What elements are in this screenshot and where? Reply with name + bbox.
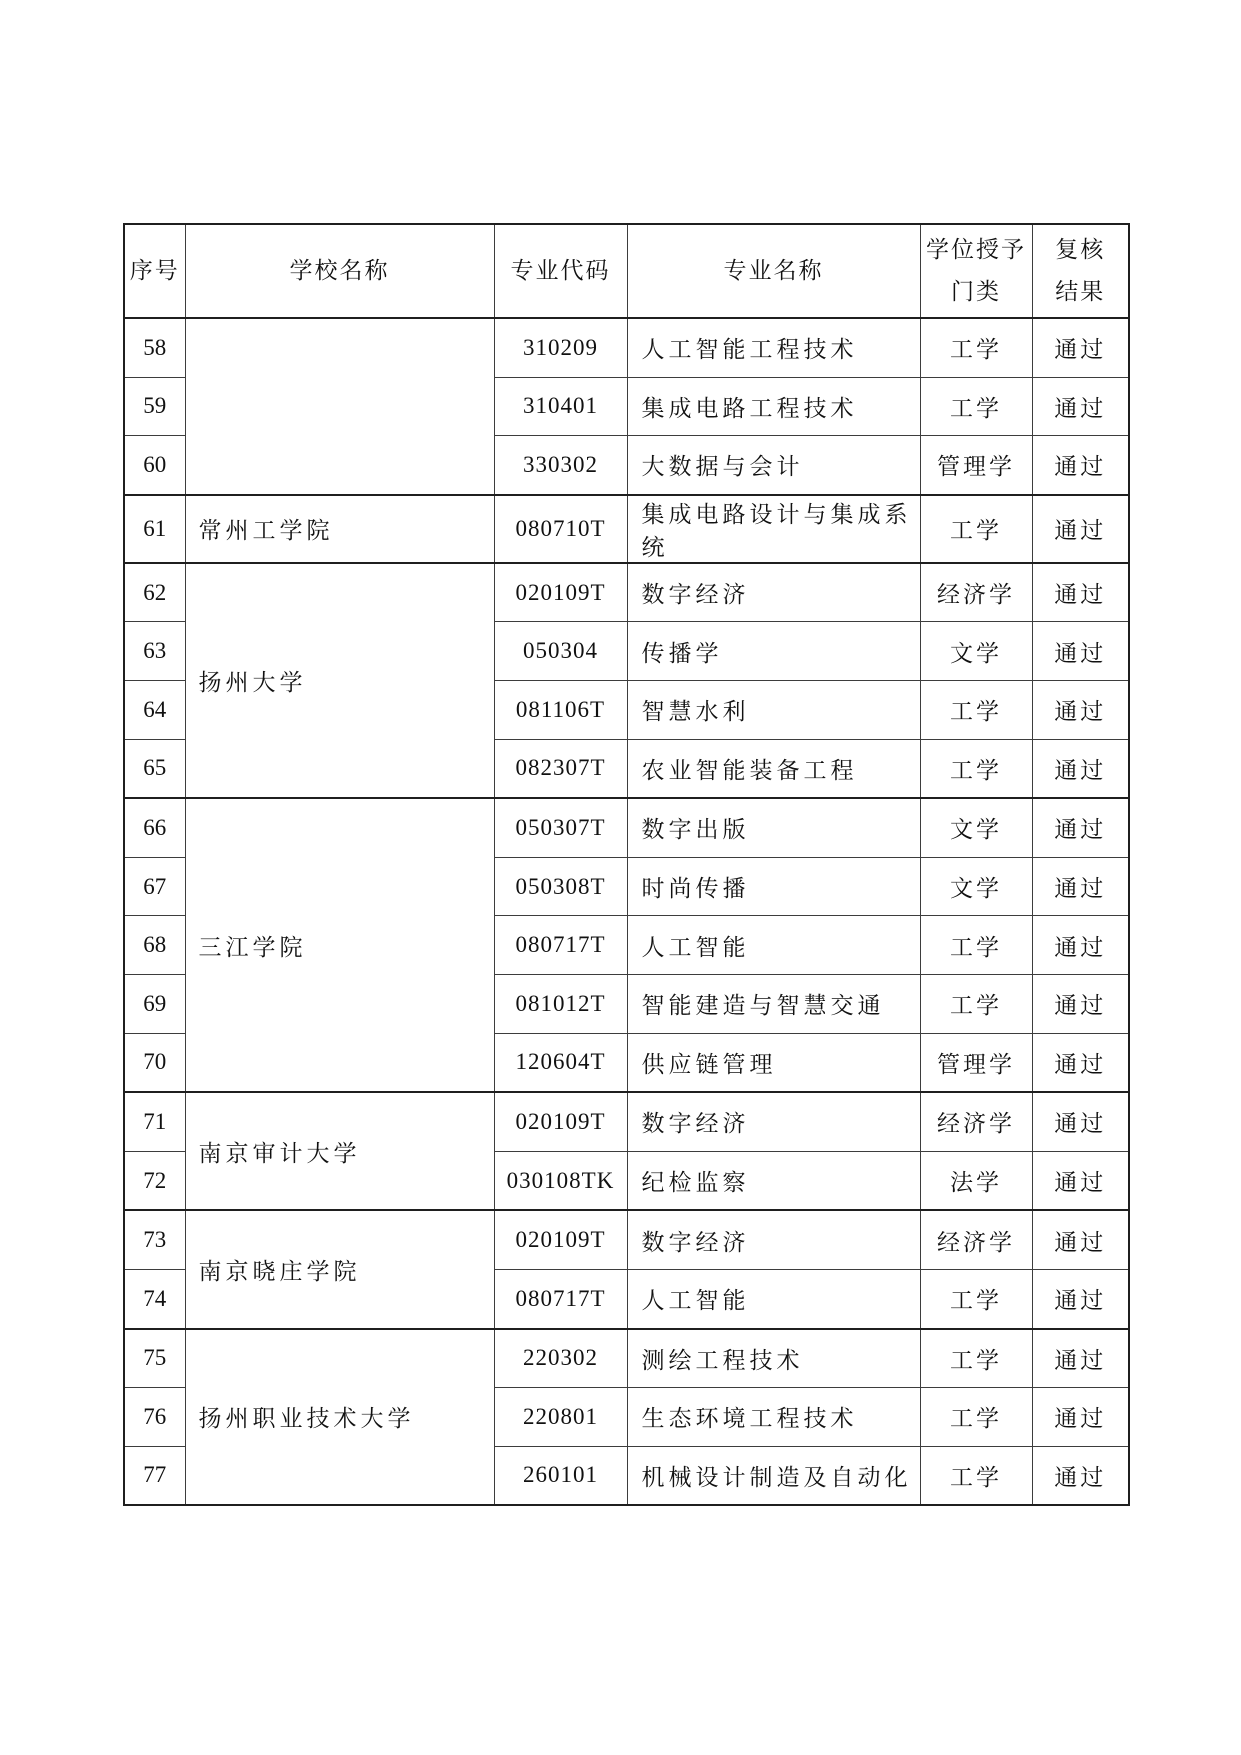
cell-major-code: 310209 — [494, 318, 627, 377]
cell-review-result: 通过 — [1032, 1446, 1129, 1505]
cell-degree-category: 管理学 — [920, 436, 1032, 495]
column-header-review-result: 复核结果 — [1032, 224, 1129, 318]
cell-school-name: 南京晓庄学院 — [185, 1210, 494, 1328]
cell-serial: 67 — [124, 857, 185, 916]
cell-school-name: 扬州大学 — [185, 563, 494, 798]
table-row: 73南京晓庄学院020109T数字经济经济学通过 — [124, 1210, 1129, 1269]
cell-serial: 73 — [124, 1210, 185, 1269]
major-review-results-table: 序号 学校名称 专业代码 专业名称 学位授予门类 复核结果 58310209人工… — [123, 223, 1130, 1506]
cell-review-result: 通过 — [1032, 1269, 1129, 1328]
table-header: 序号 学校名称 专业代码 专业名称 学位授予门类 复核结果 — [124, 224, 1129, 318]
cell-review-result: 通过 — [1032, 857, 1129, 916]
column-header-major-name: 专业名称 — [627, 224, 920, 318]
column-header-label: 专业代码 — [495, 250, 627, 292]
table-header-row: 序号 学校名称 专业代码 专业名称 学位授予门类 复核结果 — [124, 224, 1129, 318]
cell-major-name: 生态环境工程技术 — [627, 1388, 920, 1447]
cell-review-result: 通过 — [1032, 1388, 1129, 1447]
cell-serial: 75 — [124, 1329, 185, 1388]
column-header-label: 学位授予 — [921, 229, 1032, 271]
cell-review-result: 通过 — [1032, 798, 1129, 857]
cell-degree-category: 文学 — [920, 857, 1032, 916]
column-header-serial: 序号 — [124, 224, 185, 318]
cell-serial: 61 — [124, 495, 185, 563]
cell-major-code: 020109T — [494, 563, 627, 622]
cell-major-name: 数字经济 — [627, 1092, 920, 1151]
cell-major-code: 080710T — [494, 495, 627, 563]
cell-school-name: 常州工学院 — [185, 495, 494, 563]
cell-major-code: 050307T — [494, 798, 627, 857]
cell-major-name: 集成电路工程技术 — [627, 377, 920, 436]
cell-review-result: 通过 — [1032, 739, 1129, 798]
cell-major-name: 人工智能工程技术 — [627, 318, 920, 377]
document-page: 序号 学校名称 专业代码 专业名称 学位授予门类 复核结果 58310209人工… — [0, 0, 1241, 1755]
table-row: 62扬州大学020109T数字经济经济学通过 — [124, 563, 1129, 622]
column-header-label: 专业名称 — [628, 250, 920, 292]
cell-major-name: 纪检监察 — [627, 1151, 920, 1210]
table-row: 71南京审计大学020109T数字经济经济学通过 — [124, 1092, 1129, 1151]
cell-review-result: 通过 — [1032, 495, 1129, 563]
cell-review-result: 通过 — [1032, 622, 1129, 681]
cell-review-result: 通过 — [1032, 318, 1129, 377]
cell-review-result: 通过 — [1032, 377, 1129, 436]
column-header-school: 学校名称 — [185, 224, 494, 318]
cell-serial: 70 — [124, 1033, 185, 1092]
cell-major-code: 120604T — [494, 1033, 627, 1092]
cell-major-code: 081012T — [494, 974, 627, 1033]
cell-major-code: 030108TK — [494, 1151, 627, 1210]
cell-major-code: 080717T — [494, 1269, 627, 1328]
cell-major-name: 测绘工程技术 — [627, 1329, 920, 1388]
cell-review-result: 通过 — [1032, 680, 1129, 739]
cell-major-name: 人工智能 — [627, 916, 920, 975]
cell-degree-category: 管理学 — [920, 1033, 1032, 1092]
cell-degree-category: 文学 — [920, 798, 1032, 857]
cell-degree-category: 经济学 — [920, 1092, 1032, 1151]
cell-serial: 58 — [124, 318, 185, 377]
cell-major-name: 集成电路设计与集成系统 — [627, 495, 920, 563]
cell-review-result: 通过 — [1032, 1151, 1129, 1210]
cell-degree-category: 工学 — [920, 916, 1032, 975]
table-body: 58310209人工智能工程技术工学通过59310401集成电路工程技术工学通过… — [124, 318, 1129, 1505]
cell-degree-category: 文学 — [920, 622, 1032, 681]
cell-serial: 62 — [124, 563, 185, 622]
cell-major-name: 时尚传播 — [627, 857, 920, 916]
table-row: 58310209人工智能工程技术工学通过 — [124, 318, 1129, 377]
cell-degree-category: 工学 — [920, 1388, 1032, 1447]
cell-serial: 65 — [124, 739, 185, 798]
cell-major-code: 082307T — [494, 739, 627, 798]
cell-degree-category: 工学 — [920, 1446, 1032, 1505]
cell-degree-category: 法学 — [920, 1151, 1032, 1210]
cell-review-result: 通过 — [1032, 1092, 1129, 1151]
cell-major-name: 人工智能 — [627, 1269, 920, 1328]
cell-serial: 72 — [124, 1151, 185, 1210]
cell-serial: 69 — [124, 974, 185, 1033]
cell-school-name — [185, 318, 494, 495]
cell-degree-category: 经济学 — [920, 1210, 1032, 1269]
cell-major-code: 020109T — [494, 1092, 627, 1151]
cell-degree-category: 工学 — [920, 680, 1032, 739]
cell-serial: 60 — [124, 436, 185, 495]
cell-serial: 76 — [124, 1388, 185, 1447]
cell-major-name: 机械设计制造及自动化 — [627, 1446, 920, 1505]
table-row: 66三江学院050307T数字出版文学通过 — [124, 798, 1129, 857]
column-header-label: 门类 — [921, 271, 1032, 313]
cell-major-name: 供应链管理 — [627, 1033, 920, 1092]
cell-review-result: 通过 — [1032, 563, 1129, 622]
cell-major-code: 220302 — [494, 1329, 627, 1388]
cell-major-code: 020109T — [494, 1210, 627, 1269]
cell-degree-category: 工学 — [920, 495, 1032, 563]
cell-serial: 66 — [124, 798, 185, 857]
column-header-degree-category: 学位授予门类 — [920, 224, 1032, 318]
cell-major-name: 智慧水利 — [627, 680, 920, 739]
cell-serial: 63 — [124, 622, 185, 681]
cell-school-name: 三江学院 — [185, 798, 494, 1092]
cell-school-name: 扬州职业技术大学 — [185, 1329, 494, 1506]
table-row: 75扬州职业技术大学220302测绘工程技术工学通过 — [124, 1329, 1129, 1388]
cell-major-code: 081106T — [494, 680, 627, 739]
cell-review-result: 通过 — [1032, 1033, 1129, 1092]
cell-degree-category: 工学 — [920, 1329, 1032, 1388]
column-header-label: 结果 — [1033, 271, 1129, 313]
cell-major-name: 数字出版 — [627, 798, 920, 857]
cell-serial: 74 — [124, 1269, 185, 1328]
cell-serial: 71 — [124, 1092, 185, 1151]
cell-major-code: 310401 — [494, 377, 627, 436]
cell-serial: 59 — [124, 377, 185, 436]
cell-review-result: 通过 — [1032, 1210, 1129, 1269]
cell-major-name: 传播学 — [627, 622, 920, 681]
column-header-label: 学校名称 — [186, 250, 494, 292]
cell-serial: 68 — [124, 916, 185, 975]
cell-review-result: 通过 — [1032, 1329, 1129, 1388]
cell-major-code: 080717T — [494, 916, 627, 975]
column-header-label: 序号 — [125, 250, 185, 292]
cell-serial: 64 — [124, 680, 185, 739]
column-header-label: 复核 — [1033, 229, 1129, 271]
column-header-major-code: 专业代码 — [494, 224, 627, 318]
cell-major-name: 大数据与会计 — [627, 436, 920, 495]
cell-major-name: 数字经济 — [627, 563, 920, 622]
cell-review-result: 通过 — [1032, 916, 1129, 975]
cell-major-name: 农业智能装备工程 — [627, 739, 920, 798]
cell-degree-category: 经济学 — [920, 563, 1032, 622]
cell-degree-category: 工学 — [920, 739, 1032, 798]
cell-major-code: 050304 — [494, 622, 627, 681]
cell-serial: 77 — [124, 1446, 185, 1505]
cell-major-code: 260101 — [494, 1446, 627, 1505]
cell-degree-category: 工学 — [920, 318, 1032, 377]
cell-school-name: 南京审计大学 — [185, 1092, 494, 1210]
cell-major-code: 330302 — [494, 436, 627, 495]
cell-major-name: 数字经济 — [627, 1210, 920, 1269]
cell-degree-category: 工学 — [920, 1269, 1032, 1328]
cell-degree-category: 工学 — [920, 377, 1032, 436]
cell-review-result: 通过 — [1032, 436, 1129, 495]
cell-major-code: 050308T — [494, 857, 627, 916]
cell-review-result: 通过 — [1032, 974, 1129, 1033]
cell-degree-category: 工学 — [920, 974, 1032, 1033]
cell-major-code: 220801 — [494, 1388, 627, 1447]
cell-major-name: 智能建造与智慧交通 — [627, 974, 920, 1033]
table-row: 61常州工学院080710T集成电路设计与集成系统工学通过 — [124, 495, 1129, 563]
